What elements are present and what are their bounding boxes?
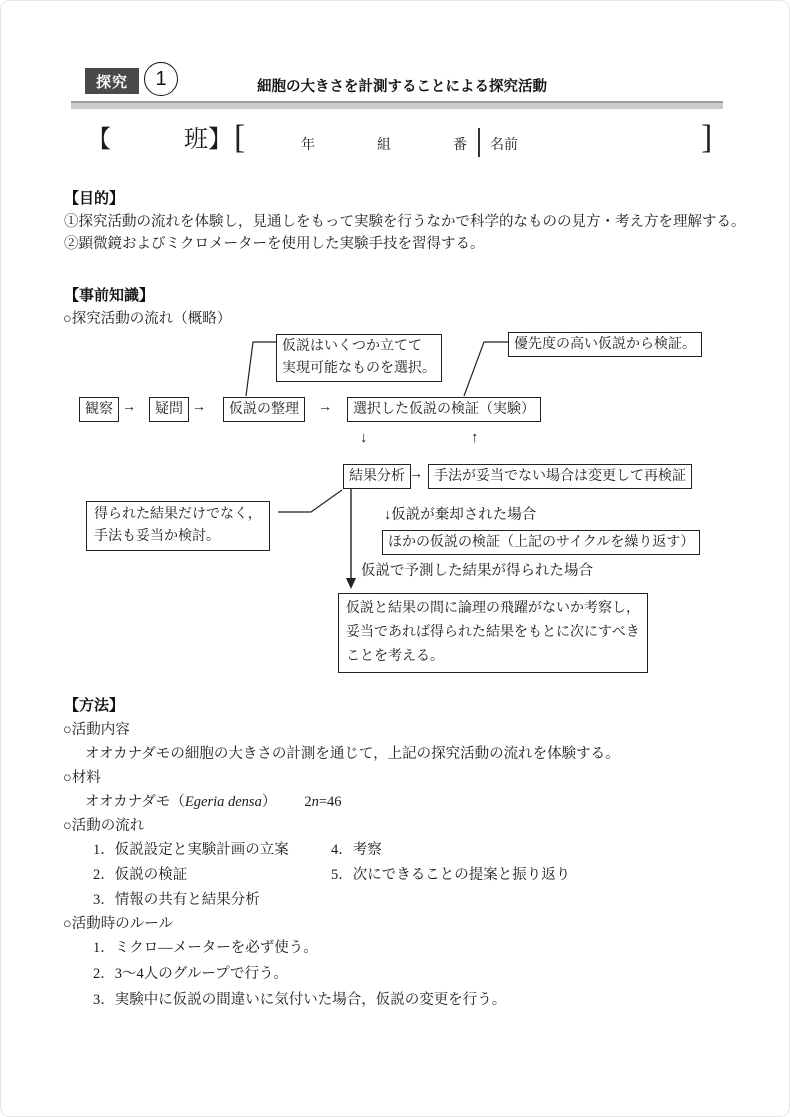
student-bracket-close: ] [701, 119, 712, 157]
inquiry-badge: 探究 [85, 68, 139, 94]
step-observation-box: 観察 [79, 397, 119, 422]
activity-heading: ○活動内容 [63, 718, 130, 739]
conclusion-line2: 妥当であれば得られた結果をもとに次にすべき [346, 621, 640, 645]
genome-prefix: 2 [304, 794, 311, 810]
prior-knowledge-heading: 【事前知識】 [64, 284, 154, 305]
genome-n: n [312, 794, 319, 810]
group-label: 班】 [184, 125, 232, 155]
arrow-right-2: → [192, 400, 206, 416]
conclusion-line3: ことを考える。 [346, 645, 640, 669]
label-result-predicted: 仮説で予測した結果が得られた場合 [361, 559, 593, 580]
flow-item-4: 4．考察 [331, 838, 382, 859]
step-verify-box: 選択した仮説の検証（実験） [347, 397, 541, 422]
step-other-hypothesis-box: ほかの仮説の検証（上記のサイクルを繰り返す） [382, 530, 700, 555]
flow-overview-subheading: ○探究活動の流れ（概略） [63, 307, 231, 328]
callout-hypotheses-line2: 実現可能なものを選択。 [282, 358, 436, 380]
flow-item-2: 2．仮説の検証 [93, 863, 187, 884]
step-question-box: 疑問 [149, 397, 189, 422]
rule-item-2: 2．3～4人のグループで行う。 [93, 962, 288, 983]
rule-item-1: 1．ミクロ―メーターを必ず使う。 [93, 936, 318, 957]
header-divider [71, 101, 723, 109]
class-label: 組 [377, 134, 391, 154]
rule-item-3: 3．実験中に仮説の間違いに気付いた場合，仮説の変更を行う。 [93, 988, 506, 1009]
callout-results-line2: 手法も妥当か検討。 [94, 526, 262, 548]
step-analysis-box: 結果分析 [343, 464, 411, 489]
number-label: 番 [453, 134, 467, 154]
callout-results-line1: 得られた結果だけでなく， [94, 504, 262, 526]
purpose-line-1: ①探究活動の流れを体験し，見通しをもって実験を行うなかで科学的なものの見方・考え… [64, 210, 746, 231]
purpose-line-2: ②顕微鏡およびミクロメーターを使用した実験手技を習得する。 [64, 232, 485, 253]
callout-results-box: 得られた結果だけでなく， 手法も妥当か検討。 [86, 501, 270, 551]
method-heading: 【方法】 [64, 694, 124, 715]
arrow-right-3: → [318, 400, 332, 416]
arrow-right-4: → [409, 467, 423, 483]
flow-item-3: 3．情報の共有と結果分析 [93, 888, 260, 909]
material-latin-name: Egeria densa [185, 794, 262, 810]
step-revalidate-box: 手法が妥当でない場合は変更して再検証 [428, 464, 692, 489]
worksheet-page: 探究 1 細胞の大きさを計測することによる探究活動 【 班】 [ 年 組 番 名… [0, 0, 790, 1117]
label-hypothesis-rejected: ↓仮説が棄却された場合 [384, 503, 536, 524]
material-line: オオカナダモ（Egeria densa）2n=46 [85, 790, 342, 811]
group-bracket-open: 【 [87, 125, 111, 155]
flow-item-1: 1．仮説設定と実験計画の立案 [93, 838, 289, 859]
genome-suffix: =46 [319, 794, 342, 810]
material-name-suffix: ） [262, 794, 277, 810]
callout-priority-box: 優先度の高い仮説から検証。 [508, 332, 702, 357]
arrow-right-1: → [122, 400, 136, 416]
material-name-prefix: オオカナダモ（ [85, 794, 185, 810]
arrow-down-glyph: ↓ [360, 430, 368, 447]
year-label: 年 [301, 134, 315, 154]
circled-number-digit: 1 [155, 68, 166, 91]
page-title: 細胞の大きさを計測することによる探究活動 [257, 75, 547, 96]
material-heading: ○材料 [63, 766, 101, 787]
flow-item-5: 5．次にできることの提案と振り返り [331, 863, 570, 884]
callout-hypotheses-line1: 仮説はいくつか立てて [282, 336, 436, 358]
name-divider-line [478, 128, 480, 157]
activity-flow-heading: ○活動の流れ [63, 814, 144, 835]
rules-heading: ○活動時のルール [63, 912, 173, 933]
step-organize-box: 仮説の整理 [223, 397, 305, 422]
conclusion-line1: 仮説と結果の間に論理の飛躍がないか考察し， [346, 597, 640, 621]
conclusion-box: 仮説と結果の間に論理の飛躍がないか考察し， 妥当であれば得られた結果をもとに次に… [338, 593, 648, 673]
activity-text: オオカナダモの細胞の大きさの計測を通じて，上記の探究活動の流れを体験する。 [85, 742, 620, 763]
callout-hypotheses-box: 仮説はいくつか立てて 実現可能なものを選択。 [276, 334, 442, 382]
purpose-heading: 【目的】 [64, 187, 124, 208]
student-bracket-open: [ [234, 119, 245, 157]
circled-number-1: 1 [144, 62, 178, 96]
name-label: 名前 [490, 134, 518, 154]
arrow-up-glyph: ↑ [471, 430, 479, 447]
